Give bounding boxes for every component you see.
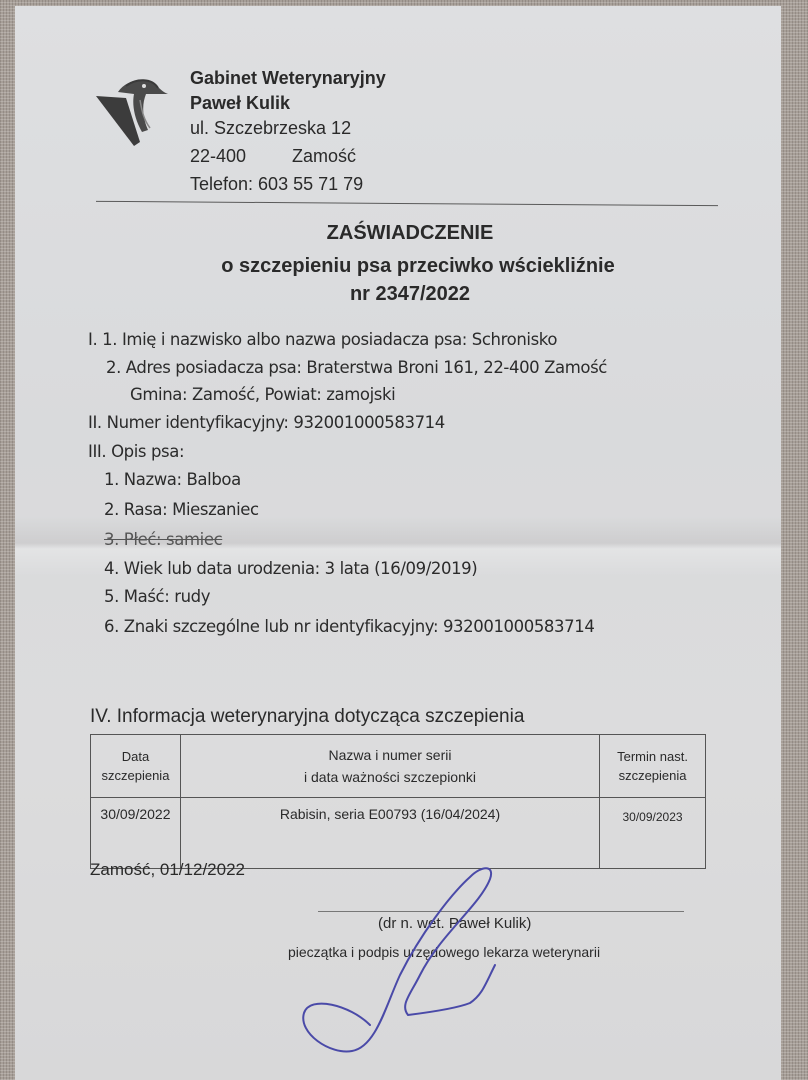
dog-age: 4. Wiek lub data urodzenia: 3 lata (16/0… bbox=[104, 559, 477, 578]
column-header-next-date: Termin nast. szczepienia bbox=[600, 735, 706, 798]
dog-color: 5. Maść: rudy bbox=[104, 587, 210, 606]
clinic-phone: Telefon: 603 55 71 79 bbox=[190, 174, 363, 195]
owner-address: 2. Adres posiadacza psa: Braterstwa Bron… bbox=[106, 358, 607, 377]
dog-description-heading: III. Opis psa: bbox=[88, 442, 184, 461]
column-header-date: Data szczepienia bbox=[91, 735, 181, 798]
clinic-city: Zamość bbox=[292, 146, 356, 167]
column-header-vaccine: Nazwa i numer serii i data ważności szcz… bbox=[180, 735, 599, 798]
next-vaccination-date: 30/09/2023 bbox=[600, 798, 706, 869]
vaccination-heading: IV. Informacja weterynaryjna dotycząca s… bbox=[90, 706, 524, 728]
dog-name: 1. Nazwa: Balboa bbox=[104, 470, 241, 489]
dog-marks: 6. Znaki szczególne lub nr identyfikacyj… bbox=[104, 617, 594, 636]
clinic-street: ul. Szczebrzeska 12 bbox=[190, 118, 351, 139]
place-and-date: Zamość, 01/12/2022 bbox=[90, 860, 245, 880]
owner-municipality: Gmina: Zamość, Powiat: zamojski bbox=[130, 385, 395, 404]
dog-breed: 2. Rasa: Mieszaniec bbox=[104, 500, 259, 519]
vet-name: Paweł Kulik bbox=[190, 93, 290, 114]
vaccination-table: Data szczepienia Nazwa i numer serii i d… bbox=[90, 734, 706, 869]
vaccination-date: 30/09/2022 bbox=[91, 798, 181, 869]
table-header-row: Data szczepienia Nazwa i numer serii i d… bbox=[91, 735, 706, 798]
clinic-postal-code: 22-400 bbox=[190, 146, 246, 167]
document-subtitle: o szczepieniu psa przeciwko wściekliźnie bbox=[14, 255, 808, 278]
identification-number: II. Numer identyfikacyjny: 9320010005837… bbox=[88, 413, 445, 432]
handwritten-signature-icon bbox=[290, 855, 590, 1055]
document-number: nr 2347/2022 bbox=[6, 283, 808, 306]
clinic-name: Gabinet Weterynaryjny bbox=[190, 68, 386, 89]
bird-head-logo-icon bbox=[96, 70, 176, 150]
owner-name: I. 1. Imię i nazwisko albo nazwa posiada… bbox=[88, 330, 557, 349]
dog-sex: 3. Płeć: samiec bbox=[104, 530, 222, 549]
document-title: ZAŚWIADCZENIE bbox=[6, 222, 808, 245]
